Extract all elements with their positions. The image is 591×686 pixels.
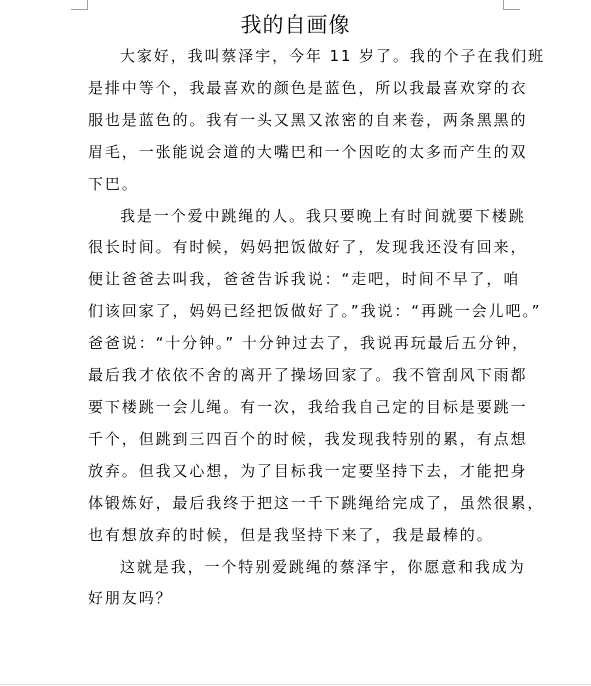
text-line: 便让爸爸去叫我，爸爸告诉我说：“走吧，时间不早了，咱: [88, 264, 508, 296]
text-line: 要下楼跳一会儿绳。有一次，我给我自己定的目标是要跳一: [88, 392, 508, 424]
document-body: 大家好，我叫蔡泽宇，今年 11 岁了。我的个子在我们班 是排中等个，我最喜欢的颜…: [88, 41, 508, 615]
text-line: 下巴。: [88, 169, 508, 201]
text-line: 这就是我，一个特别爱跳绳的蔡泽宇，你愿意和我成为: [88, 552, 508, 584]
text-line: 大家好，我叫蔡泽宇，今年 11 岁了。我的个子在我们班: [88, 41, 508, 73]
page-bottom-edge: [0, 684, 591, 685]
text-line: 我是一个爱中跳绳的人。我只要晚上有时间就要下楼跳: [88, 201, 508, 233]
page-corner-mark-top-left: [71, 0, 88, 10]
text-line: 放弃。但我又心想，为了目标我一定要坚持下去，才能把身: [88, 456, 508, 488]
text-line: 最后我才依依不舍的离开了操场回家了。我不管刮风下雨都: [88, 360, 508, 392]
text-line: 服也是蓝色的。我有一头又黑又浓密的自来卷，两条黑黑的: [88, 105, 508, 137]
text-line: 好朋友吗？: [88, 583, 508, 615]
text-line: 千个，但跳到三四百个的时候，我发现我特别的累，有点想: [88, 424, 508, 456]
paragraph-3: 这就是我，一个特别爱跳绳的蔡泽宇，你愿意和我成为 好朋友吗？: [88, 552, 508, 616]
paragraph-1: 大家好，我叫蔡泽宇，今年 11 岁了。我的个子在我们班 是排中等个，我最喜欢的颜…: [88, 41, 508, 201]
text-line: 爸爸说：“十分钟。” 十分钟过去了，我说再玩最后五分钟，: [88, 328, 508, 360]
paragraph-2: 我是一个爱中跳绳的人。我只要晚上有时间就要下楼跳 很长时间。有时候，妈妈把饭做好…: [88, 201, 508, 552]
text-line: 眉毛，一张能说会道的大嘴巴和一个因吃的太多而产生的双: [88, 137, 508, 169]
text-line: 体锻炼好，最后我终于把这一千下跳绳给完成了，虽然很累，: [88, 488, 508, 520]
text-line: 们该回家了，妈妈已经把饭做好了。”我说：“再跳一会儿吧。”: [88, 296, 508, 328]
text-line: 很长时间。有时候，妈妈把饭做好了，发现我还没有回来，: [88, 232, 508, 264]
text-line: 是排中等个，我最喜欢的颜色是蓝色，所以我最喜欢穿的衣: [88, 73, 508, 105]
page-corner-mark-top-right: [503, 0, 520, 10]
document-title: 我的自画像: [0, 10, 591, 40]
text-line: 也有想放弃的时候，但是我坚持下来了，我是最棒的。: [88, 520, 508, 552]
